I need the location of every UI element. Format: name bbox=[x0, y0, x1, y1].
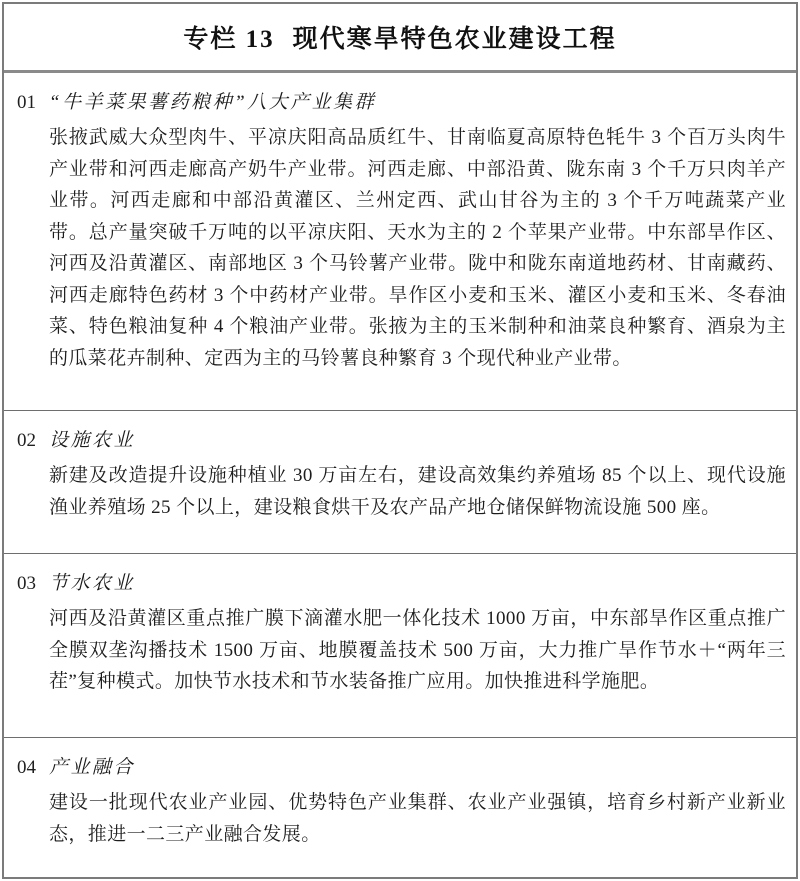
panel-title: 专栏 13 现代寒旱特色农业建设工程 bbox=[4, 4, 796, 73]
column-13-panel: 专栏 13 现代寒旱特色农业建设工程 01 “牛羊菜果薯药粮种”八大产业集群 张… bbox=[2, 2, 798, 879]
section-body-text: 河西及沿黄灌区重点推广膜下滴灌水肥一体化技术 1000 万亩，中东部旱作区重点推… bbox=[49, 603, 786, 698]
section-industry-integration: 04 产业融合 建设一批现代农业产业园、优势特色产业集群、农业产业强镇，培育乡村… bbox=[4, 738, 796, 878]
section-heading: 节水农业 bbox=[49, 571, 135, 597]
section-body-text: 新建及改造提升设施种植业 30 万亩左右，建设高效集约养殖场 85 个以上、现代… bbox=[49, 460, 786, 523]
section-header: 02 设施农业 bbox=[17, 428, 786, 454]
section-heading: 设施农业 bbox=[49, 428, 135, 454]
section-number: 01 bbox=[17, 90, 49, 116]
section-heading: “牛羊菜果薯药粮种”八大产业集群 bbox=[49, 90, 376, 116]
panel-title-text: 现代寒旱特色农业建设工程 bbox=[293, 19, 617, 55]
section-number: 03 bbox=[17, 571, 49, 597]
section-number: 04 bbox=[17, 755, 49, 781]
section-number: 02 bbox=[17, 428, 49, 454]
section-water-saving-agriculture: 03 节水农业 河西及沿黄灌区重点推广膜下滴灌水肥一体化技术 1000 万亩，中… bbox=[4, 554, 796, 738]
section-header: 04 产业融合 bbox=[17, 755, 786, 781]
section-body-text: 张掖武威大众型肉牛、平凉庆阳高品质红牛、甘南临夏高原特色牦牛 3 个百万头肉牛产… bbox=[49, 122, 786, 374]
section-body-text: 建设一批现代农业产业园、优势特色产业集群、农业产业强镇，培育乡村新产业新业态，推… bbox=[49, 787, 786, 850]
panel-title-label: 专栏 13 bbox=[183, 19, 274, 55]
section-heading: 产业融合 bbox=[49, 755, 135, 781]
section-header: 03 节水农业 bbox=[17, 571, 786, 597]
section-industry-clusters: 01 “牛羊菜果薯药粮种”八大产业集群 张掖武威大众型肉牛、平凉庆阳高品质红牛、… bbox=[4, 73, 796, 411]
section-header: 01 “牛羊菜果薯药粮种”八大产业集群 bbox=[17, 90, 786, 116]
section-facility-agriculture: 02 设施农业 新建及改造提升设施种植业 30 万亩左右，建设高效集约养殖场 8… bbox=[4, 411, 796, 554]
